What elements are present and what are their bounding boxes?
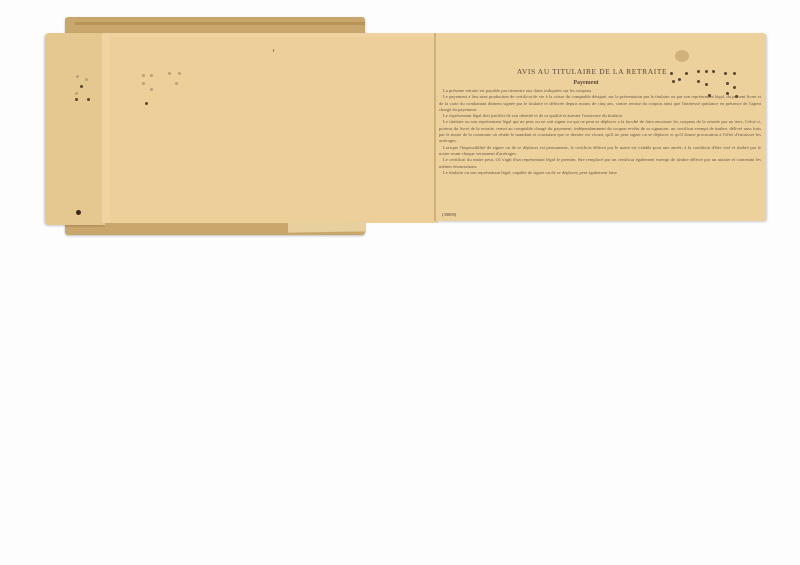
binding-hole bbox=[76, 210, 81, 215]
left-page-inner bbox=[110, 37, 436, 223]
print-reference: (30808) bbox=[442, 212, 456, 217]
paragraph: Lorsque l'impossibilité de signer ou de … bbox=[439, 145, 761, 158]
paragraph: Le titulaire ou son représentant légal, … bbox=[439, 170, 761, 176]
notice-body: La présente retraite est payable par tri… bbox=[439, 88, 761, 176]
stain bbox=[675, 50, 689, 62]
cover-border-stripe bbox=[75, 22, 365, 25]
left-flap bbox=[45, 33, 105, 225]
paragraph: Le payement a lieu sans production de ce… bbox=[439, 94, 761, 113]
pencil-mark: ʼ bbox=[272, 48, 275, 58]
section-heading: Payement bbox=[556, 80, 616, 86]
right-page: AVIS AU TITULAIRE DE LA RETRAITE Payemen… bbox=[436, 33, 766, 221]
loose-slip bbox=[288, 221, 366, 232]
paragraph: Le titulaire ou son représentant légal q… bbox=[439, 119, 761, 144]
document-title: AVIS AU TITULAIRE DE LA RETRAITE bbox=[502, 67, 682, 76]
paragraph: Le certificat du maire peut, s'il s'agit… bbox=[439, 157, 761, 170]
